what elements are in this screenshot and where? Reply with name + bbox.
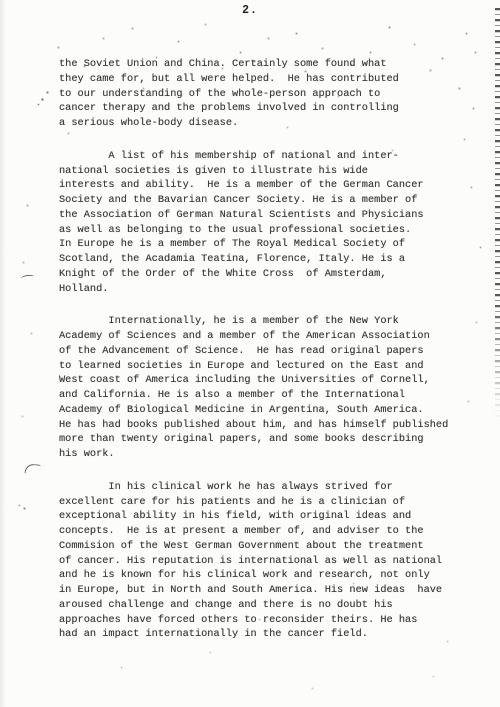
paragraph-4: In his clinical work he has always striv… <box>59 480 463 642</box>
document-page: 2. the Soviet Union and China. Certainly… <box>0 0 500 707</box>
paragraph-2: A list of his membership of national and… <box>59 149 463 297</box>
photocopy-edge-band <box>495 8 500 438</box>
paragraph-1: the Soviet Union and China. Certainly so… <box>59 57 463 131</box>
pen-mark <box>25 463 41 475</box>
page-number: 2. <box>0 4 500 17</box>
toner-speckles <box>0 0 1 1</box>
paragraph-3: Internationally, he is a member of the N… <box>59 314 463 462</box>
document-body: the Soviet Union and China. Certainly so… <box>59 57 463 660</box>
pen-mark <box>21 274 35 281</box>
